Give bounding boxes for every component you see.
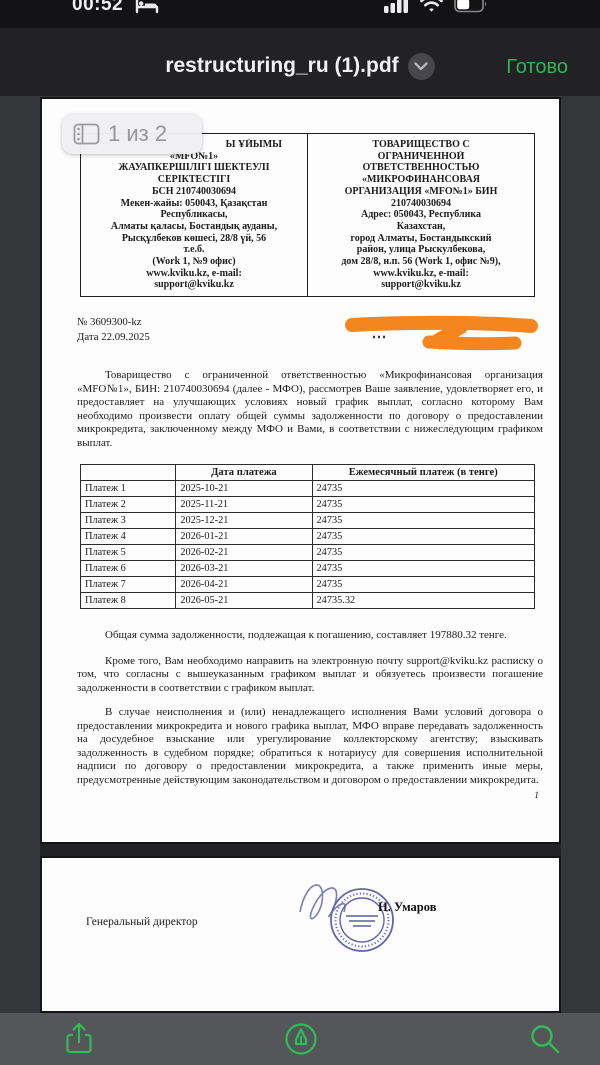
sleep-mode-icon [135,0,159,21]
page-number: 1 [77,791,539,801]
table-row: Платеж 12025-10-2124735 [81,481,535,497]
letterhead-line: дом 28/8, н.п. 56 (Work 1, офис №9), [311,256,531,268]
table-row: Платеж 52026-02-2124735 [81,545,535,561]
search-icon [526,1020,564,1058]
letterhead-line: ТОВАРИЩЕСТВО С [311,139,531,151]
page-indicator[interactable]: 1 из 2 [62,114,202,154]
letterhead-line: Рысқұлбеков көшесі, 28/8 үй, 56 [84,233,304,245]
table-cell: 2025-11-21 [176,497,312,513]
table-row: Платеж 42026-01-2124735 [81,529,535,545]
table-cell: Платеж 4 [81,529,176,545]
table-cell: 2026-05-21 [176,593,312,609]
letterhead-line: СЕРІКТЕСТІГІ [84,174,304,186]
letterhead-line: support@kviku.kz [311,279,531,291]
paragraph-receipt: Кроме того, Вам необходимо направить на … [77,655,543,696]
page-indicator-label: 1 из 2 [108,121,167,147]
markup-button[interactable] [282,1020,320,1061]
viewer-header: restructuring_ru (1).pdf Готово [0,28,600,96]
title-menu-button[interactable] [408,53,435,80]
table-cell: 2026-01-21 [176,529,312,545]
pdf-viewer-screen: 00:52 [0,0,600,1065]
table-cell: Платеж 3 [81,513,176,529]
letterhead-line: Республикасы, [84,209,304,221]
letterhead-line: город Алматы, Бостандыкский [311,233,531,245]
table-cell: 24735 [312,545,534,561]
done-button[interactable]: Готово [500,55,574,80]
table-header-cell [81,465,176,481]
search-button[interactable] [526,1020,564,1061]
signatory-name: Н. Умаров [378,900,436,915]
letterhead-line: БСН 210740030694 [84,186,304,198]
paragraph-default: В случае неисполнения и (или) ненадлежащ… [77,706,543,787]
cellular-signal-icon [384,0,409,13]
signature-squiggle [300,885,345,919]
reference-block: № 3609300-kz Дата 22.09.2025 [77,315,543,353]
letterhead-line: «МИКРОФИНАНСОВАЯ [311,174,531,186]
share-button[interactable] [60,1020,98,1061]
table-cell: 24735 [312,513,534,529]
orange-redaction-scribble [343,313,543,353]
clock-time: 00:52 [72,0,123,16]
table-cell: 24735 [312,529,534,545]
table-cell: 2026-03-21 [176,561,312,577]
wifi-icon [420,0,443,13]
table-row: Платеж 32025-12-2124735 [81,513,535,529]
table-cell: 24735 [312,481,534,497]
paragraph-total: Общая сумма задолженности, подлежащая к … [77,629,543,643]
table-cell: 2026-04-21 [176,577,312,593]
letterhead-line: т.е.б. [84,244,304,256]
pdf-page-1: Ы ҰЙЫМЫ«MFO№1»ЖАУАПКЕРШІЛІГІ ШЕКТЕУЛІСЕР… [40,97,561,844]
letterhead-line: (Work 1, №9 офис) [84,256,304,268]
document-title: restructuring_ru (1).pdf [165,54,398,78]
bottom-toolbar [0,1013,600,1065]
letterhead-line: Адрес: 050043, Республика [311,209,531,221]
table-cell: 24735 [312,577,534,593]
table-cell: Платеж 8 [81,593,176,609]
table-cell: 2025-12-21 [176,513,312,529]
letterhead-line: Алматы қаласы, Бостандық ауданы, [84,221,304,233]
letterhead-line: support@kviku.kz [84,279,304,291]
letterhead-line: ОГРАНИЧЕННОЙ [311,151,531,163]
markup-icon [282,1020,320,1058]
table-cell: 24735.32 [312,593,534,609]
table-header-row: Дата платежаЕжемесячный платеж (в тенге) [81,465,535,481]
letterhead-right: ТОВАРИЩЕСТВО СОГРАНИЧЕННОЙОТВЕТСТВЕННОСТ… [308,133,535,297]
table-cell: 24735 [312,497,534,513]
letterhead-line: ОТВЕТСТВЕННОСТЬЮ [311,162,531,174]
table-cell: 2026-02-21 [176,545,312,561]
status-bar: 00:52 [0,0,600,28]
letterhead-line: Мекен-жайы: 050043, Қазақстан [84,198,304,210]
pdf-page-2: Генеральный директор Н. Умаров [40,856,561,1013]
reference-number: № 3609300-kz [77,315,150,330]
reference-date: Дата 22.09.2025 [77,330,150,345]
letterhead-line: Казахстан, [311,221,531,233]
table-row: Платеж 22025-11-2124735 [81,497,535,513]
table-cell: Платеж 6 [81,561,176,577]
letterhead-line: ЖАУАПКЕРШІЛІГІ ШЕКТЕУЛІ [84,162,304,174]
director-label: Генеральный директор [86,916,198,928]
table-cell: Платеж 5 [81,545,176,561]
letterhead-line: ОРГАНИЗАЦИЯ «MFO№1» БИН [311,186,531,198]
share-icon [60,1020,98,1058]
letterhead-left: Ы ҰЙЫМЫ«MFO№1»ЖАУАПКЕРШІЛІГІ ШЕКТЕУЛІСЕР… [80,133,308,297]
table-cell: Платеж 1 [81,481,176,497]
table-header-cell: Дата платежа [176,465,312,481]
page-separator [40,844,561,856]
letterhead-line: www.kviku.kz, e-mail: [311,268,531,280]
paragraph-intro: Товарищество с ограниченной ответственно… [77,369,543,450]
table-cell: 24735 [312,561,534,577]
payment-schedule-table: Дата платежаЕжемесячный платеж (в тенге)… [80,464,535,609]
table-cell: Платеж 7 [81,577,176,593]
status-icons [384,0,488,13]
document-scroll-area[interactable]: Ы ҰЙЫМЫ«MFO№1»ЖАУАПКЕРШІЛІГІ ШЕКТЕУЛІСЕР… [0,96,600,1013]
letterhead-line: 210740030694 [311,198,531,210]
table-row: Платеж 72026-04-2124735 [81,577,535,593]
table-header-cell: Ежемесячный платеж (в тенге) [312,465,534,481]
table-cell: 2025-10-21 [176,481,312,497]
letterhead-table: Ы ҰЙЫМЫ«MFO№1»ЖАУАПКЕРШІЛІГІ ШЕКТЕУЛІСЕР… [80,133,535,297]
company-stamp [282,860,462,990]
chevron-down-icon [414,62,428,71]
table-row: Платеж 82026-05-2124735.32 [81,593,535,609]
letterhead-line: www.kviku.kz, e-mail: [84,268,304,280]
letterhead-line: район, улица Рыскулбекова, [311,244,531,256]
battery-icon [454,0,488,13]
table-cell: Платеж 2 [81,497,176,513]
table-row: Платеж 62026-03-2124735 [81,561,535,577]
page-thumbnails-icon [73,123,100,145]
